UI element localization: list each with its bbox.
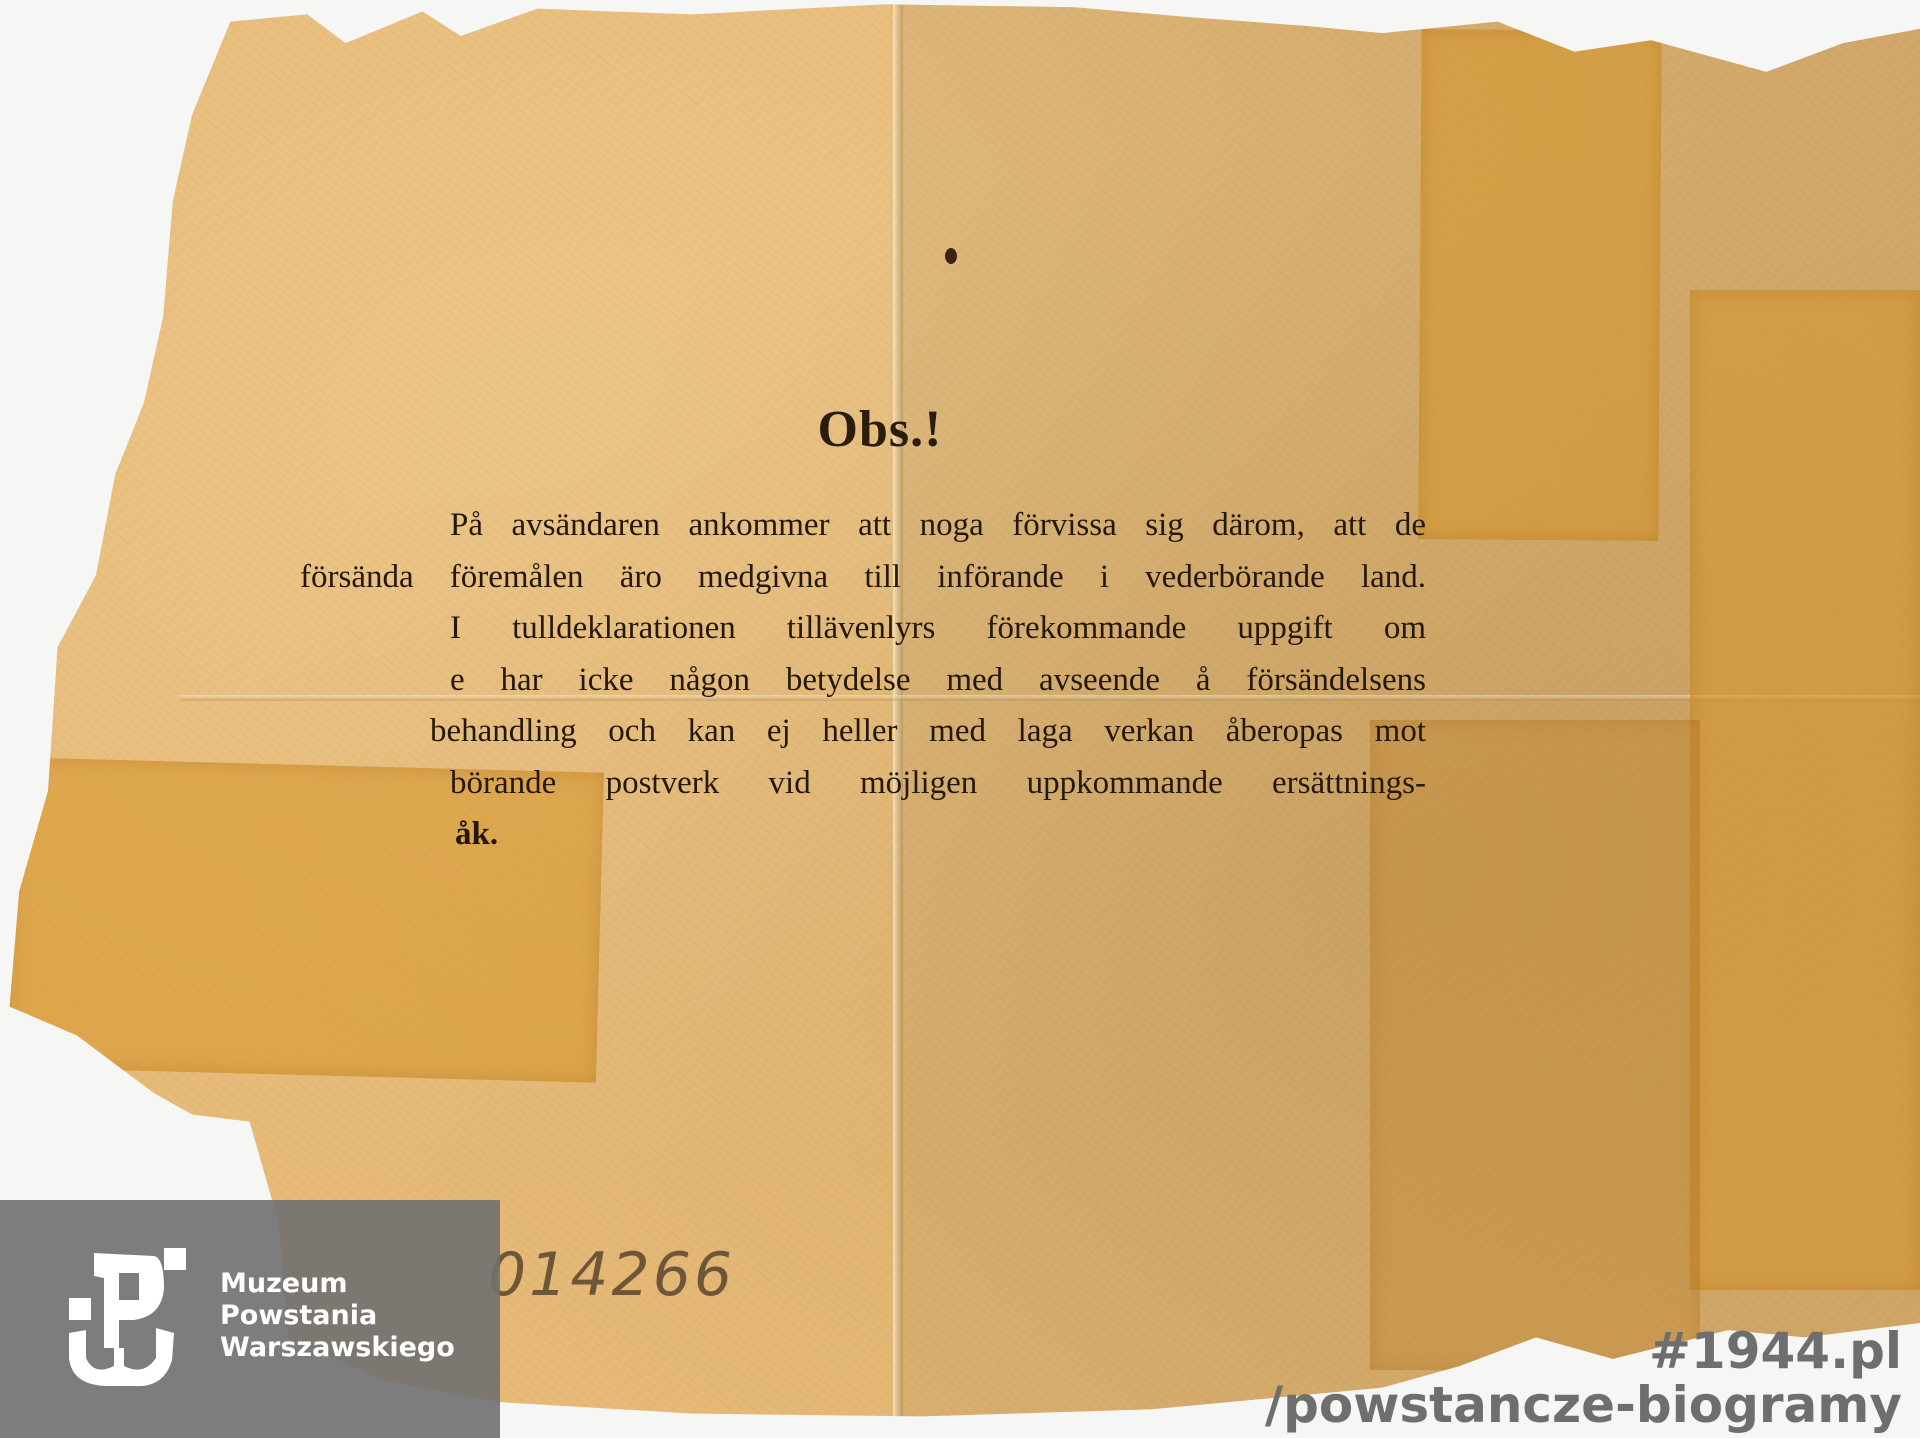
museum-name-line: Muzeum <box>220 1268 455 1300</box>
museum-logo-panel[interactable]: Muzeum Powstania Warszawskiego <box>0 1200 500 1438</box>
site-watermark[interactable]: #1944.pl /powstancze-biogramy <box>1265 1325 1902 1433</box>
body-line: börande postverk vid möjligen uppkommand… <box>360 758 1426 810</box>
body-line: På avsändaren ankommer att noga förvissa… <box>360 500 1426 552</box>
handwritten-inventory-number: 014266 <box>488 1240 735 1310</box>
body-line: I tulldeklarationen tillävenlyrs förekom… <box>360 603 1426 655</box>
body-line: åk. <box>360 809 1426 861</box>
body-line: behandling och kan ej heller med laga ve… <box>360 706 1426 758</box>
adhesive-tape-right <box>1690 290 1920 1290</box>
watermark-path: /powstancze-biogramy <box>1265 1377 1902 1433</box>
kotwica-anchor-icon <box>64 1248 194 1388</box>
document-title: Obs.! <box>780 400 980 459</box>
ink-spot <box>945 248 957 264</box>
body-line: försända föremålen äro medgivna till inf… <box>300 552 1426 604</box>
museum-name-line: Warszawskiego <box>220 1332 455 1364</box>
body-line: e har icke någon betydelse med avseende … <box>360 655 1426 707</box>
document-body: På avsändaren ankommer att noga förvissa… <box>360 500 1426 861</box>
adhesive-tape-top-right <box>1418 29 1662 541</box>
museum-name-line: Powstania <box>220 1300 455 1332</box>
museum-name: Muzeum Powstania Warszawskiego <box>220 1268 455 1364</box>
watermark-hashtag: #1944.pl <box>1265 1325 1902 1377</box>
